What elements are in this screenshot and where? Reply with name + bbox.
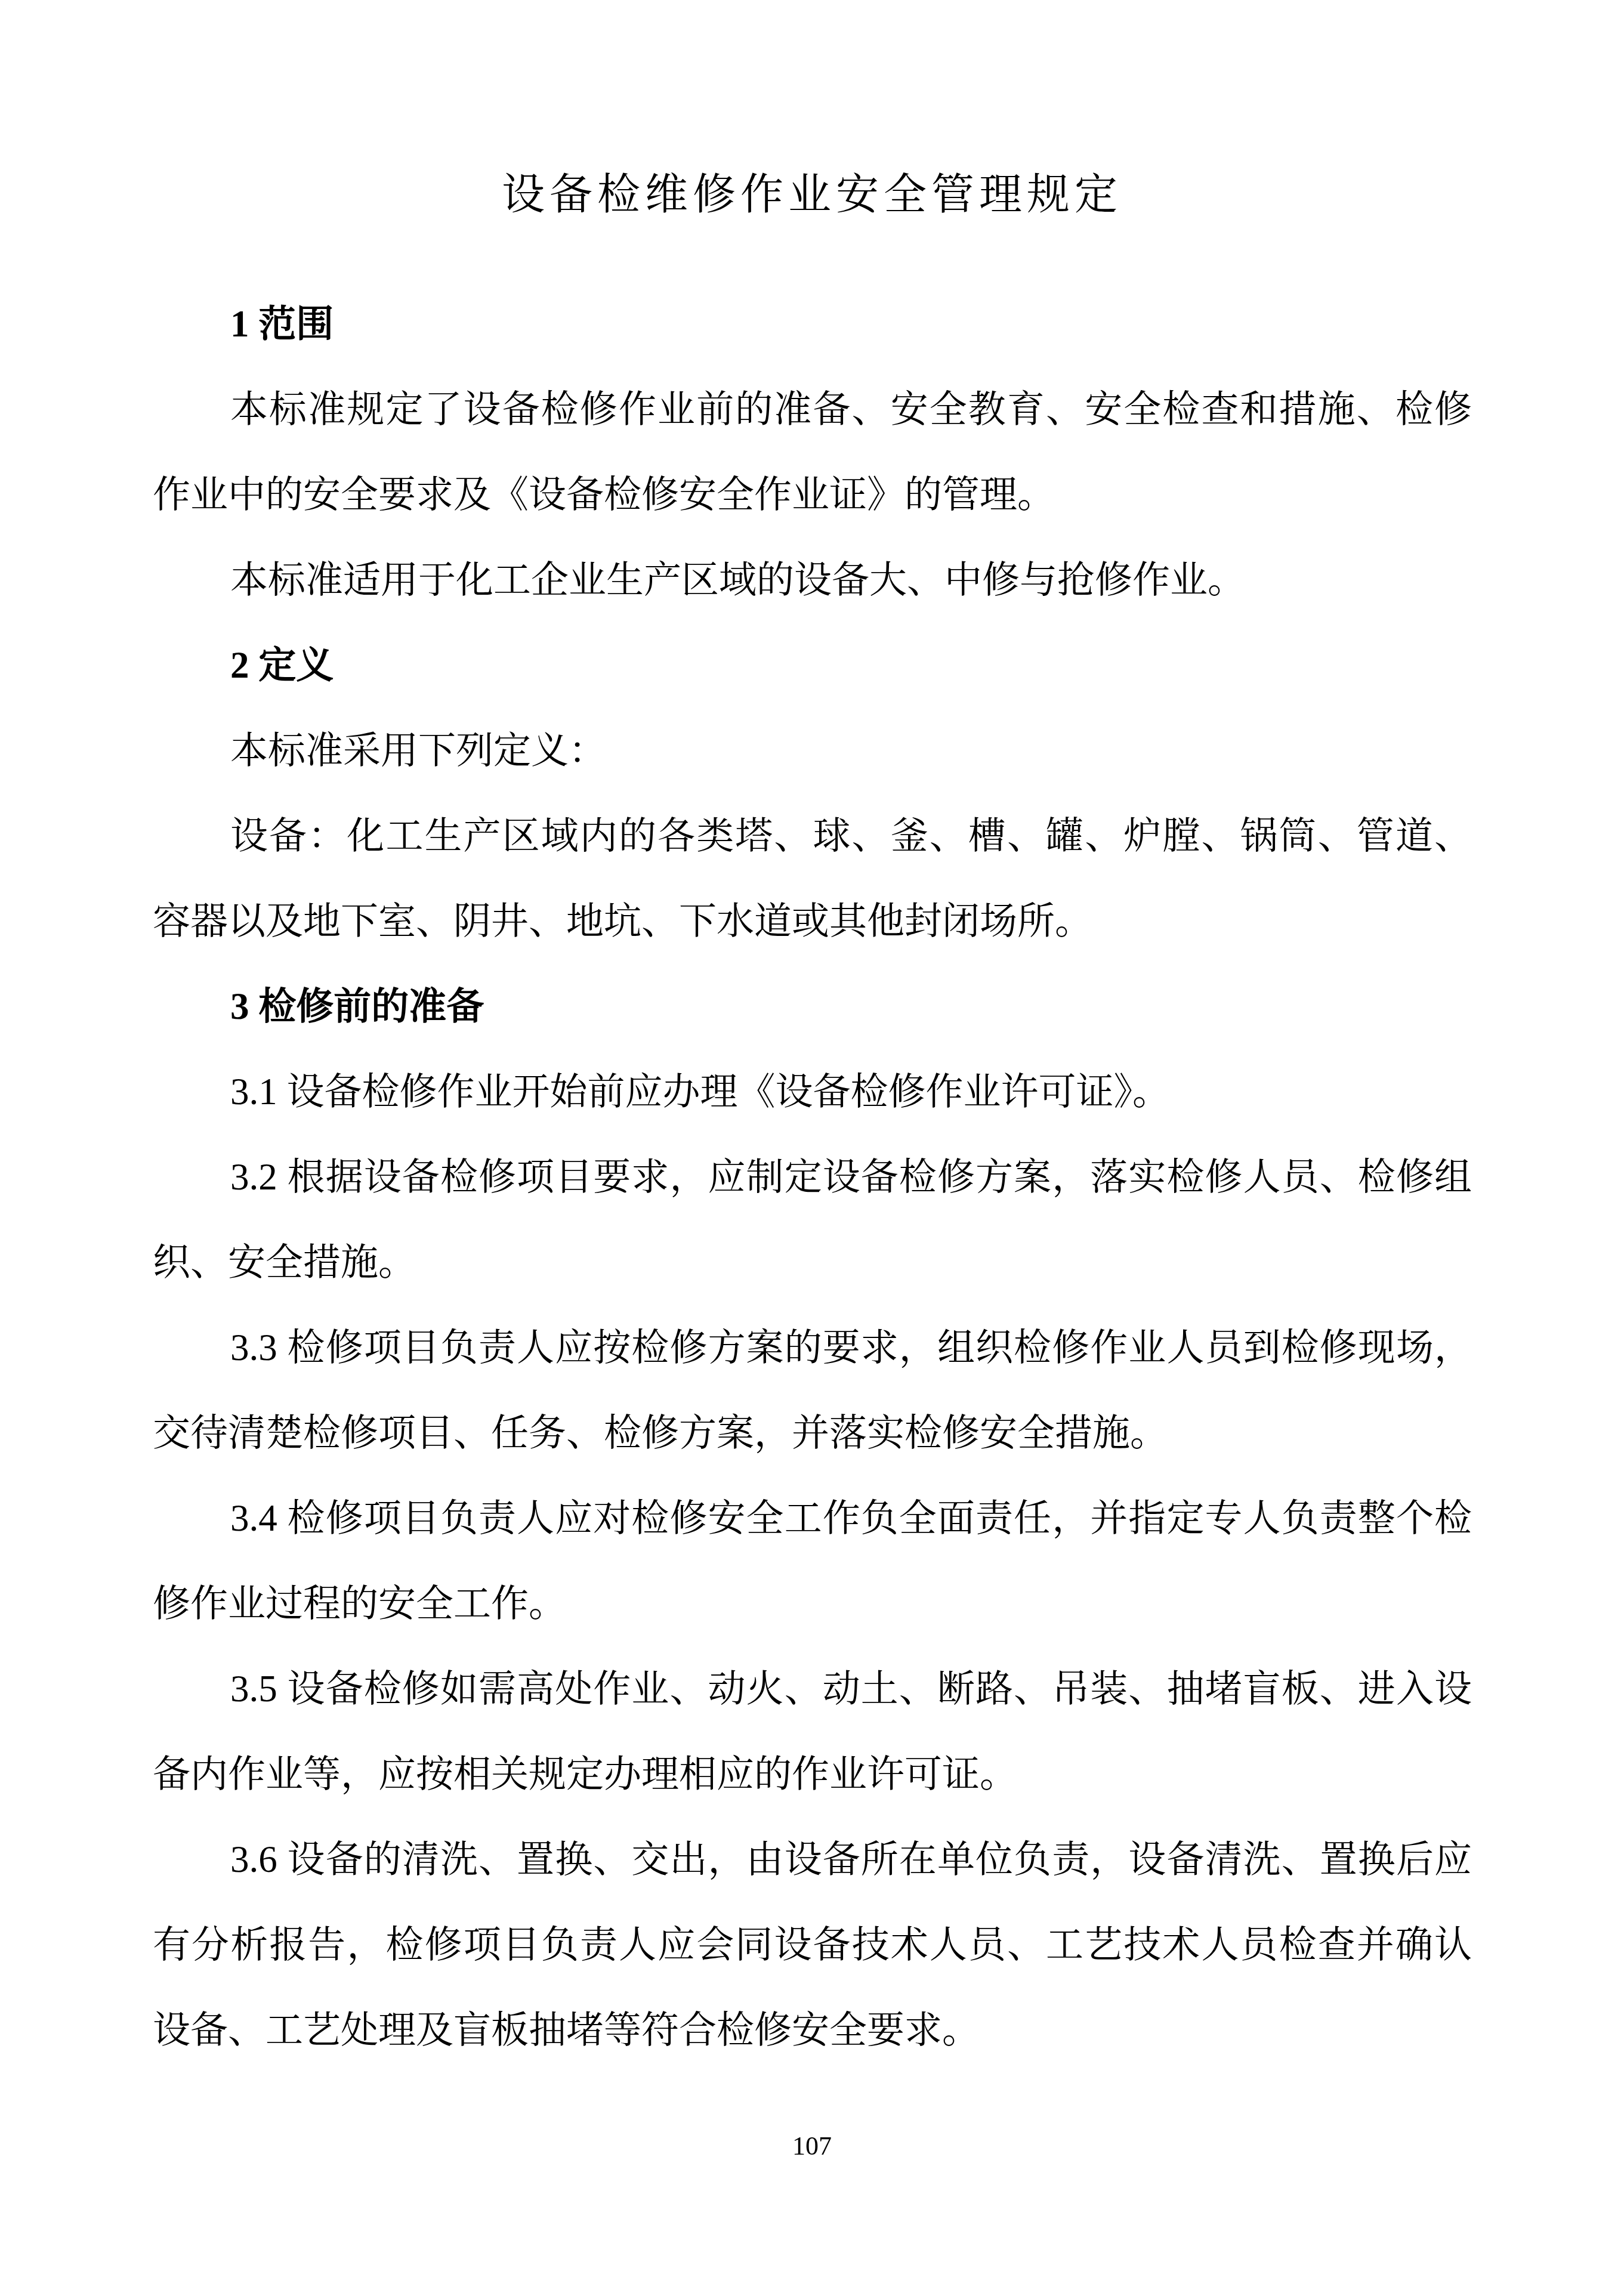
- text-line: 作业中的安全要求及《设备检修安全作业证》的管理。: [153, 452, 1472, 537]
- text-line: 交待清楚检修项目、任务、检修方案，并落实检修安全措施。: [153, 1390, 1472, 1476]
- text-line: 设备：化工生产区域内的各类塔、球、釜、槽、罐、炉膛、锅筒、管道、: [153, 793, 1472, 879]
- section-heading-preparation: 3 检修前的准备: [153, 964, 1472, 1049]
- text-line: 3.2 根据设备检修项目要求，应制定设备检修方案，落实检修人员、检修组: [153, 1135, 1472, 1220]
- text-line: 3.6 设备的清洗、置换、交出，由设备所在单位负责，设备清洗、置换后应: [153, 1817, 1472, 1902]
- text-line: 3.1 设备检修作业开始前应办理《设备检修作业许可证》。: [153, 1049, 1472, 1135]
- text-line: 有分析报告，检修项目负责人应会同设备技术人员、工艺技术人员检查并确认: [153, 1902, 1472, 1988]
- text-line: 本标准适用于化工企业生产区域的设备大、中修与抢修作业。: [153, 537, 1472, 623]
- text-line: 本标准采用下列定义：: [153, 708, 1472, 793]
- text-line: 备内作业等，应按相关规定办理相应的作业许可证。: [153, 1732, 1472, 1817]
- page-number: 107: [0, 2128, 1624, 2164]
- section-heading-definitions: 2 定义: [153, 623, 1472, 708]
- document-body: 1 范围 本标准规定了设备检修作业前的准备、安全教育、安全检查和措施、检修 作业…: [153, 282, 1472, 2073]
- text-line: 本标准规定了设备检修作业前的准备、安全教育、安全检查和措施、检修: [153, 367, 1472, 452]
- text-line: 3.5 设备检修如需高处作业、动火、动土、断路、吊装、抽堵盲板、进入设: [153, 1646, 1472, 1732]
- section-heading-scope: 1 范围: [153, 282, 1472, 367]
- text-line: 修作业过程的安全工作。: [153, 1561, 1472, 1646]
- text-line: 设备、工艺处理及盲板抽堵等符合检修安全要求。: [153, 1988, 1472, 2073]
- document-page: 设备检维修作业安全管理规定 1 范围 本标准规定了设备检修作业前的准备、安全教育…: [0, 0, 1624, 2296]
- text-line: 容器以及地下室、阴井、地坑、下水道或其他封闭场所。: [153, 879, 1472, 964]
- document-title: 设备检维修作业安全管理规定: [0, 165, 1624, 224]
- text-line: 织、安全措施。: [153, 1220, 1472, 1305]
- text-line: 3.3 检修项目负责人应按检修方案的要求，组织检修作业人员到检修现场，: [153, 1305, 1472, 1390]
- text-line: 3.4 检修项目负责人应对检修安全工作负全面责任，并指定专人负责整个检: [153, 1476, 1472, 1561]
